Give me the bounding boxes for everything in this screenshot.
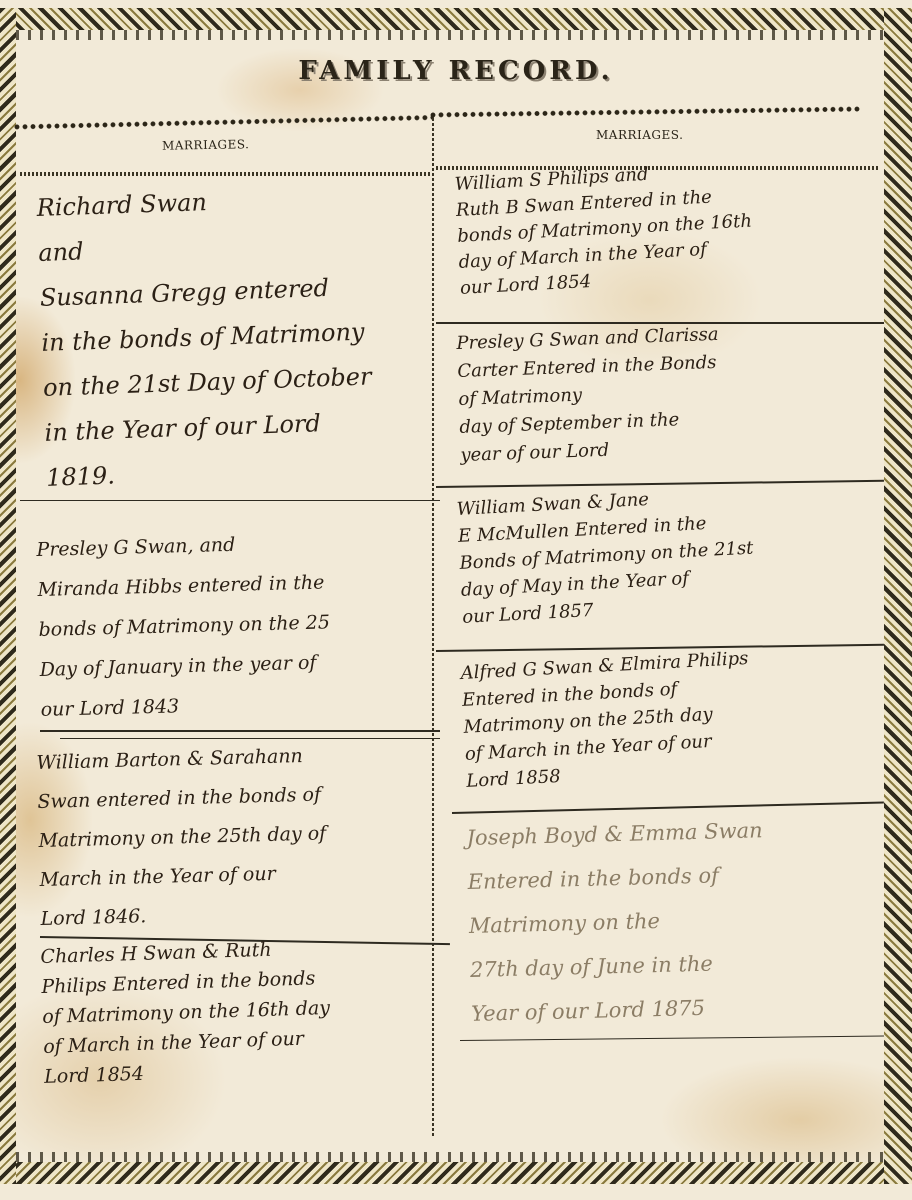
- marriage-entry-faded: Joseph Boyd & Emma Swan Entered in the b…: [466, 805, 882, 1036]
- beaded-rule-right: [430, 106, 862, 118]
- marriage-entry: Charles H Swan & Ruth Philips Entered in…: [40, 929, 455, 1092]
- marriage-entry: Richard Swan and Susanna Gregg entered i…: [36, 172, 447, 501]
- border-fringe-top: [16, 30, 884, 40]
- ornamental-border-right: [884, 8, 912, 1184]
- left-row-separator: [20, 500, 440, 501]
- ornamental-border-top: [0, 8, 912, 30]
- left-row-separator: [40, 730, 440, 732]
- family-record-page: FAMILY RECORD. MARRIAGES. MARRIAGES. Ric…: [0, 0, 912, 1200]
- right-row-separator: [460, 1036, 884, 1041]
- right-column-heading: MARRIAGES.: [596, 128, 683, 142]
- marriage-entry: Presley G Swan and Clarissa Carter Enter…: [456, 315, 881, 470]
- marriage-entry: Presley G Swan, and Miranda Hibbs entere…: [36, 520, 441, 730]
- left-column-heading: MARRIAGES.: [162, 137, 250, 153]
- ornamental-border-left: [0, 8, 16, 1184]
- ornamental-border-bottom: [0, 1162, 912, 1184]
- border-fringe-bottom: [16, 1152, 884, 1162]
- marriage-entry: William Swan & Jane E McMullen Entered i…: [456, 474, 882, 631]
- marriage-entry: William Barton & Sarahann Swan entered i…: [36, 734, 441, 939]
- page-title: FAMILY RECORD.: [0, 56, 912, 86]
- marriage-entry: Alfred G Swan & Elmira Philips Entered i…: [460, 638, 886, 795]
- marriage-entry: William S Philips and Ruth B Swan Entere…: [454, 150, 880, 302]
- beaded-rule-left: [14, 114, 434, 130]
